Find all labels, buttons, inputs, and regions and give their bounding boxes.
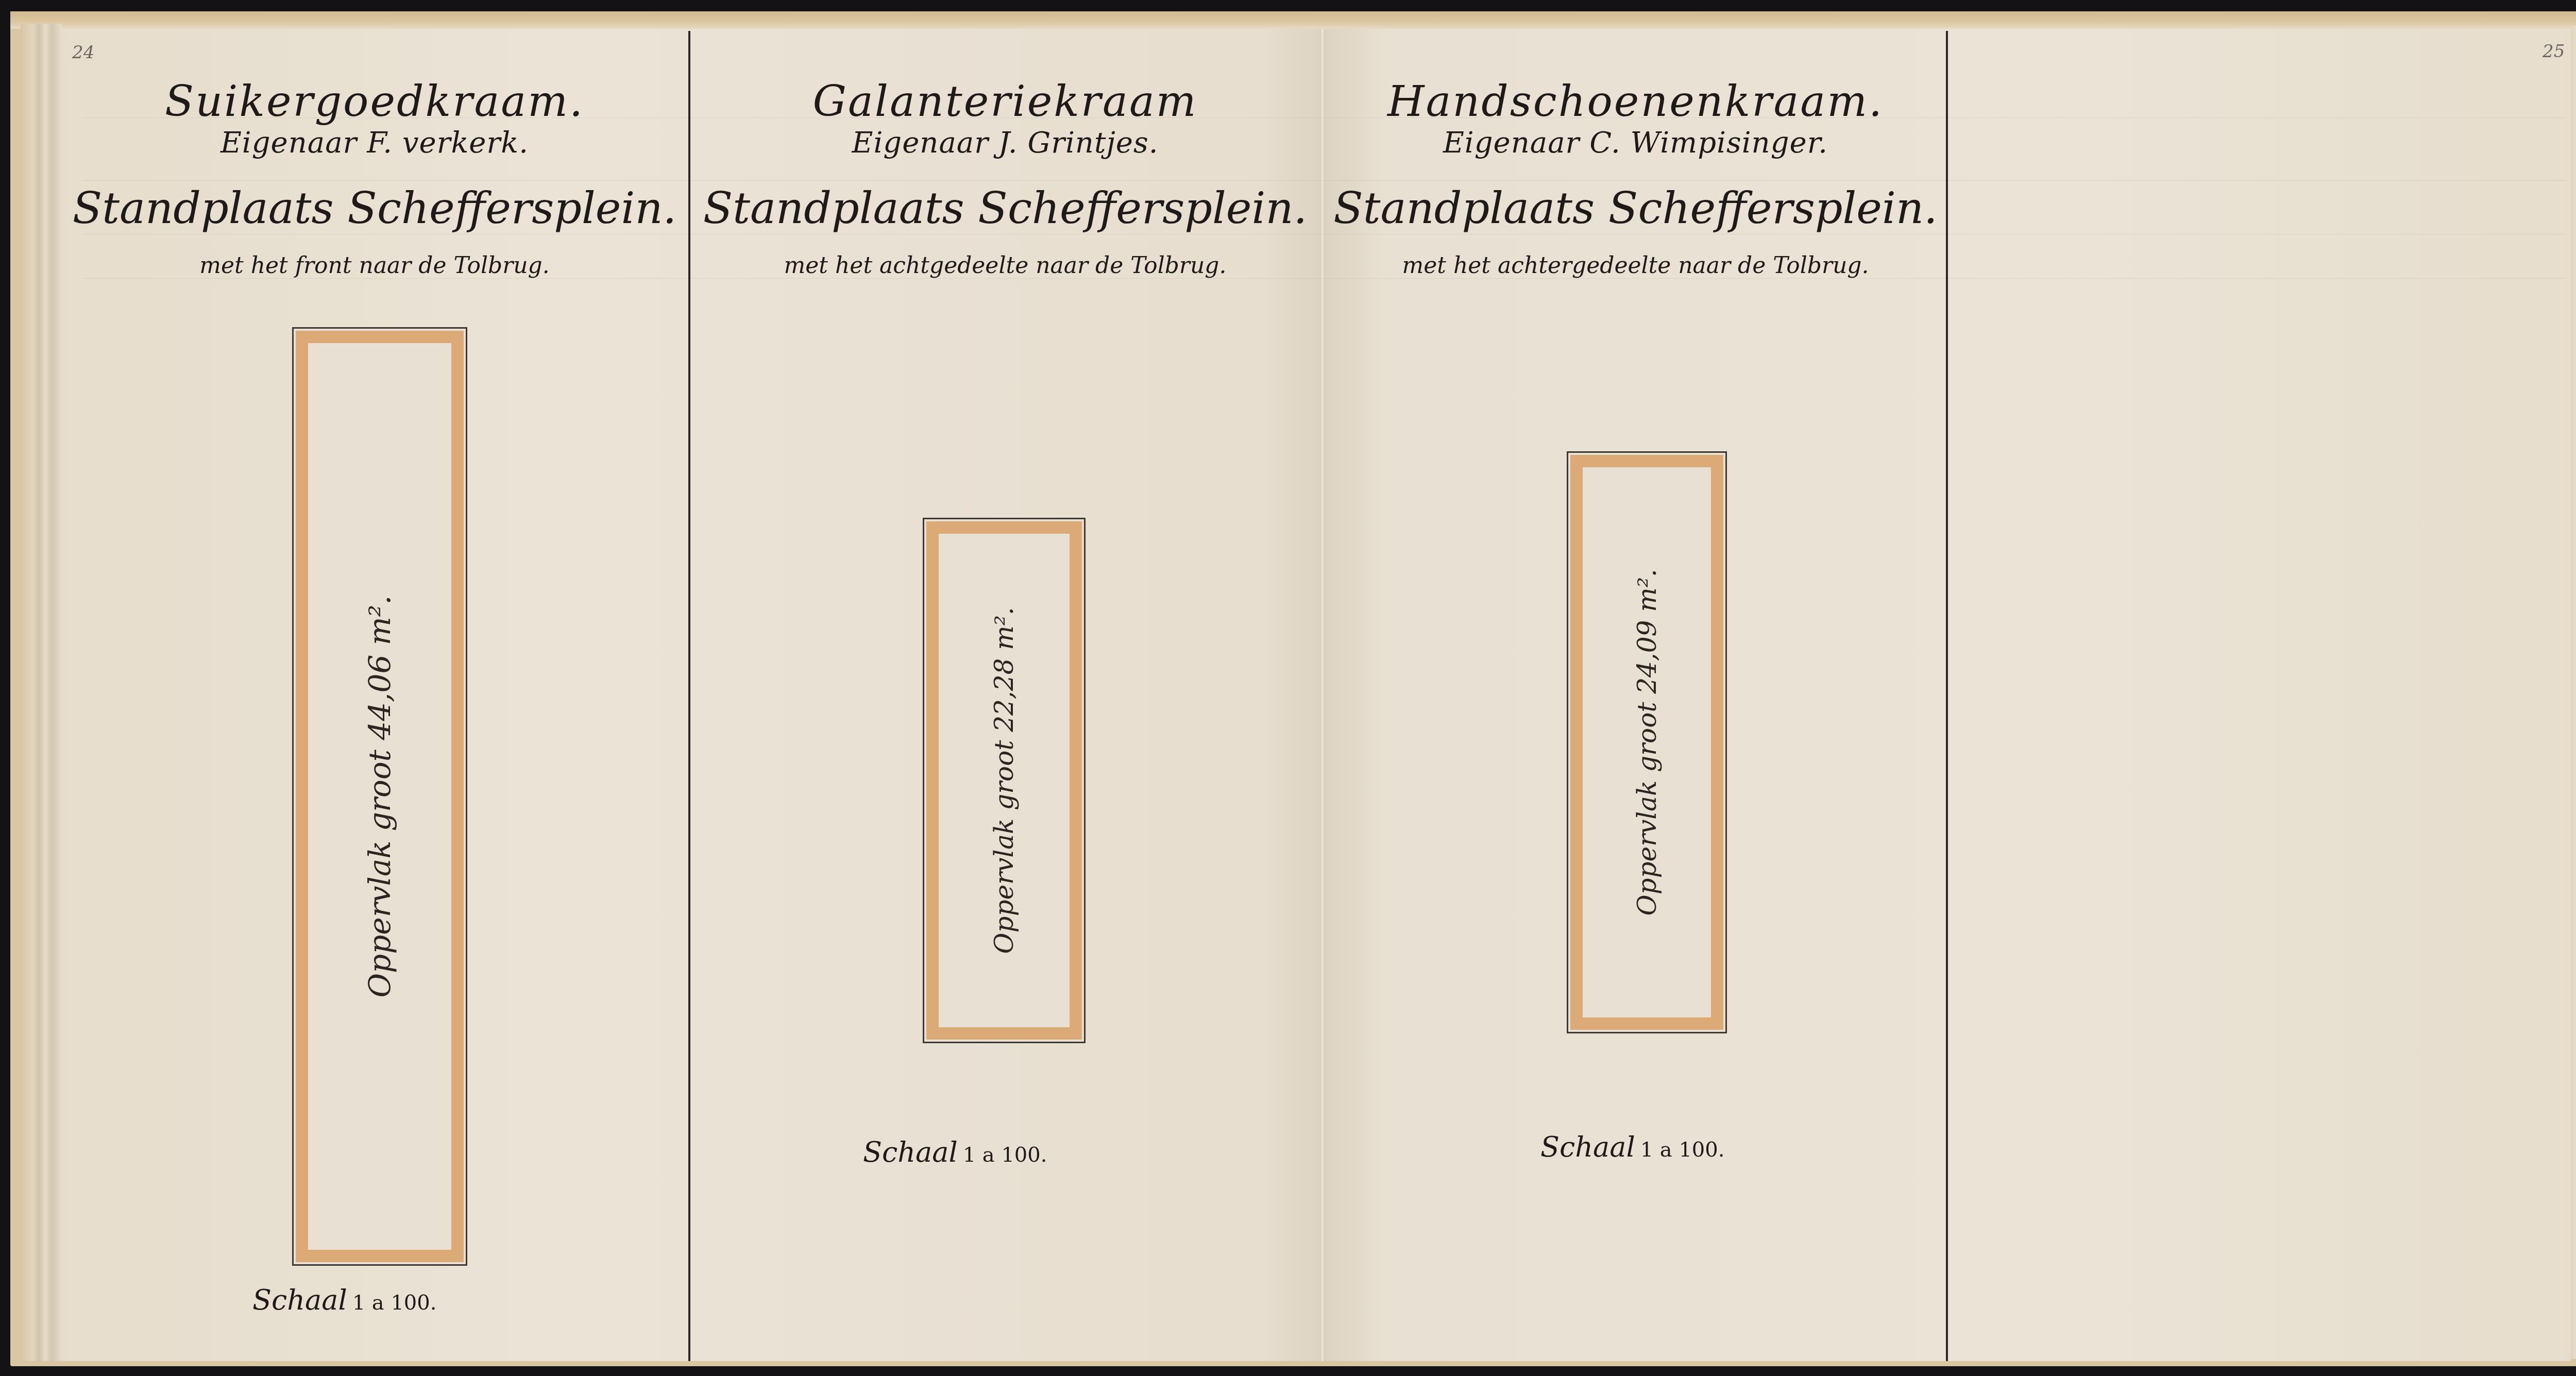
right-page-stack bbox=[2571, 26, 2576, 1359]
stall-area-label: Oppervlak groot 22,28 m². bbox=[989, 607, 1019, 954]
stall-title: Handschoenenkraam. bbox=[1325, 77, 1946, 126]
stall-location: Standplaats Scheffersplein. bbox=[690, 183, 1320, 233]
stall-plan-2: Oppervlak groot 22,28 m². bbox=[923, 518, 1086, 1043]
stall-plan-3: Oppervlak groot 24,09 m². bbox=[1567, 451, 1727, 1033]
page-number-left: 24 bbox=[72, 42, 94, 63]
stall-location: Standplaats Scheffersplein. bbox=[1325, 183, 1946, 233]
column-blank bbox=[1948, 29, 2571, 1361]
stall-orientation: met het front naar de Tolbrug. bbox=[61, 252, 688, 279]
scale-label-2: Schaal1 a 100. bbox=[863, 1136, 1047, 1168]
stall-location: Standplaats Scheffersplein. bbox=[61, 183, 688, 233]
book-gutter bbox=[1320, 29, 1325, 1361]
scale-label-3: Schaal1 a 100. bbox=[1540, 1131, 1724, 1163]
stall-orientation: met het achtgedeelte naar de Tolbrug. bbox=[690, 252, 1320, 279]
stall-owner: Eigenaar F. verkerk. bbox=[61, 126, 688, 160]
left-page-stack bbox=[21, 24, 62, 1361]
page-top-edge bbox=[10, 11, 2576, 29]
stall-plan-1: Oppervlak groot 44,06 m². bbox=[292, 327, 467, 1266]
scale-ratio: 1 a 100. bbox=[963, 1143, 1047, 1167]
scale-label-1: Schaal1 a 100. bbox=[252, 1284, 436, 1316]
stall-owner: Eigenaar C. Wimpisinger. bbox=[1325, 126, 1946, 160]
scale-ratio: 1 a 100. bbox=[1640, 1138, 1725, 1162]
stall-area-label: Oppervlak groot 44,06 m². bbox=[362, 596, 397, 998]
stall-title: Galanteriekraam bbox=[690, 77, 1320, 126]
stall-orientation: met het achtergedeelte naar de Tolbrug. bbox=[1325, 252, 1946, 279]
stall-area-label: Oppervlak groot 24,09 m². bbox=[1632, 569, 1662, 915]
scale-word: Schaal bbox=[1540, 1131, 1635, 1163]
scale-word: Schaal bbox=[252, 1284, 347, 1316]
stall-title: Suikergoedkraam. bbox=[61, 77, 688, 126]
scale-word: Schaal bbox=[863, 1136, 958, 1168]
scale-ratio: 1 a 100. bbox=[352, 1291, 437, 1315]
stall-owner: Eigenaar J. Grintjes. bbox=[690, 126, 1320, 160]
